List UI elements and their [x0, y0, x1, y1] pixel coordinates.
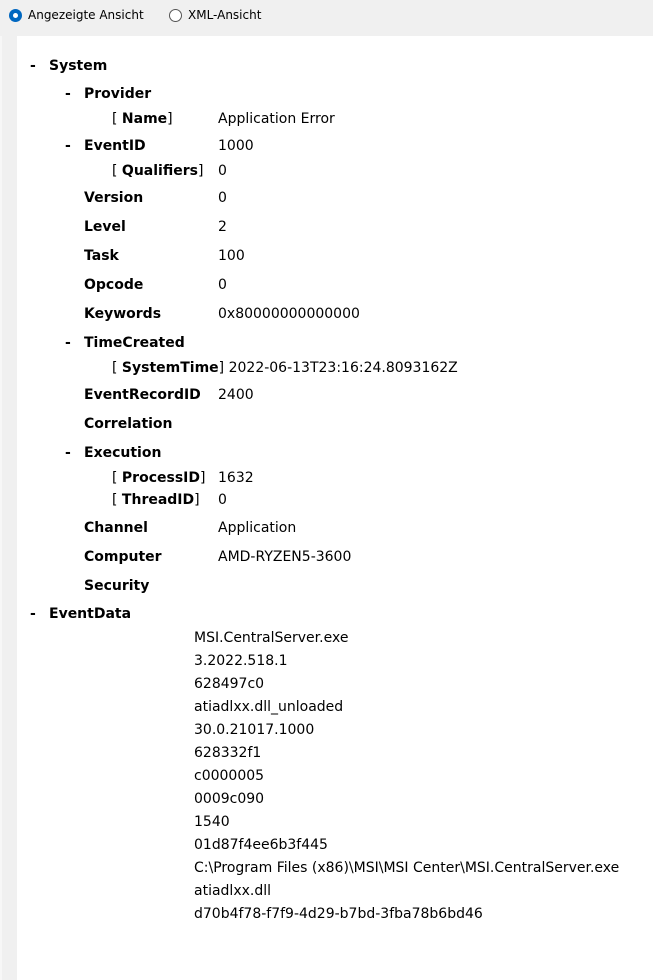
eventdata-value: 30.0.21017.1000 — [194, 720, 314, 740]
node-label-channel: Channel — [84, 518, 148, 538]
attr-threadid: [ ThreadID] — [112, 490, 200, 510]
value-version: 0 — [218, 188, 227, 208]
value-threadid: 0 — [218, 490, 227, 510]
node-label-system: System — [49, 56, 107, 76]
node-label-execution: Execution — [84, 443, 161, 463]
radio-checked-icon[interactable] — [9, 9, 22, 22]
radio-friendly-view[interactable]: Angezeigte Ansicht — [9, 7, 144, 23]
attr-label-threadid: ThreadID — [122, 492, 194, 508]
attr-qualifiers: [ Qualifiers] — [112, 161, 203, 181]
node-label-provider: Provider — [84, 84, 151, 104]
attr-systemtime: [ SystemTime] 2022-06-13T23:16:24.809316… — [112, 358, 458, 378]
radio-label-xml-view[interactable]: XML-Ansicht — [188, 8, 261, 22]
collapse-toggle-icon[interactable]: - — [30, 606, 36, 622]
node-label-eventid: EventID — [84, 136, 146, 156]
value-opcode: 0 — [218, 275, 227, 295]
collapse-toggle-icon[interactable]: - — [65, 138, 71, 154]
tree-node-system[interactable]: - — [30, 56, 36, 76]
attr-name: [ Name] — [112, 109, 173, 129]
value-computer: AMD-RYZEN5-3600 — [218, 547, 351, 567]
value-eventid: 1000 — [218, 136, 254, 156]
radio-xml-view[interactable]: XML-Ansicht — [169, 7, 261, 23]
eventdata-value: 01d87f4ee6b3f445 — [194, 835, 328, 855]
eventdata-value: C:\Program Files (x86)\MSI\MSI Center\MS… — [194, 858, 619, 878]
radio-unchecked-icon[interactable] — [169, 9, 182, 22]
value-eventrecordid: 2400 — [218, 385, 254, 405]
eventdata-value: d70b4f78-f7f9-4d29-b7bd-3fba78b6bd46 — [194, 904, 483, 924]
value-provider-name: Application Error — [218, 109, 335, 129]
collapse-toggle-icon[interactable]: - — [65, 445, 71, 461]
window-edge — [0, 36, 2, 980]
attr-label-systemtime: SystemTime — [122, 360, 219, 376]
node-label-version: Version — [84, 188, 143, 208]
collapse-toggle-timecreated[interactable]: - — [65, 333, 71, 353]
node-label-correlation: Correlation — [84, 414, 173, 434]
node-label-opcode: Opcode — [84, 275, 143, 295]
node-label-timecreated: TimeCreated — [84, 333, 185, 353]
node-label-security: Security — [84, 576, 149, 596]
node-label-eventrecordid: EventRecordID — [84, 385, 201, 405]
eventdata-value: 0009c090 — [194, 789, 264, 809]
node-label-eventdata: EventData — [49, 604, 131, 624]
event-details-panel: - System - Provider [ Name] Application … — [17, 36, 653, 980]
value-qualifiers: 0 — [218, 161, 227, 181]
collapse-toggle-icon[interactable]: - — [30, 58, 36, 74]
eventdata-value: 1540 — [194, 812, 230, 832]
attr-label-qualifiers: Qualifiers — [122, 163, 198, 179]
attr-label-name: Name — [122, 111, 167, 127]
eventdata-value: 628332f1 — [194, 743, 261, 763]
attr-processid: [ ProcessID] — [112, 468, 205, 488]
attr-label-processid: ProcessID — [122, 470, 200, 486]
value-channel: Application — [218, 518, 296, 538]
eventdata-value: atiadlxx.dll — [194, 881, 271, 901]
eventdata-value: atiadlxx.dll_unloaded — [194, 697, 343, 717]
node-label-level: Level — [84, 217, 126, 237]
collapse-toggle-eventid[interactable]: - — [65, 136, 71, 156]
collapse-toggle-icon[interactable]: - — [65, 86, 71, 102]
view-toolbar: Angezeigte Ansicht XML-Ansicht — [0, 0, 653, 36]
node-label-computer: Computer — [84, 547, 162, 567]
collapse-toggle-icon[interactable]: - — [65, 335, 71, 351]
eventdata-value: 3.2022.518.1 — [194, 651, 288, 671]
eventdata-value: MSI.CentralServer.exe — [194, 628, 348, 648]
value-level: 2 — [218, 217, 227, 237]
value-keywords: 0x80000000000000 — [218, 304, 360, 324]
radio-label-friendly-view[interactable]: Angezeigte Ansicht — [28, 8, 144, 22]
eventdata-value: c0000005 — [194, 766, 264, 786]
value-processid: 1632 — [218, 468, 254, 488]
node-label-keywords: Keywords — [84, 304, 161, 324]
node-label-task: Task — [84, 246, 119, 266]
collapse-toggle-eventdata[interactable]: - — [30, 604, 36, 624]
eventdata-value: 628497c0 — [194, 674, 264, 694]
collapse-toggle-execution[interactable]: - — [65, 443, 71, 463]
value-systemtime: 2022-06-13T23:16:24.8093162Z — [229, 360, 458, 376]
value-task: 100 — [218, 246, 245, 266]
collapse-toggle-provider[interactable]: - — [65, 84, 71, 104]
